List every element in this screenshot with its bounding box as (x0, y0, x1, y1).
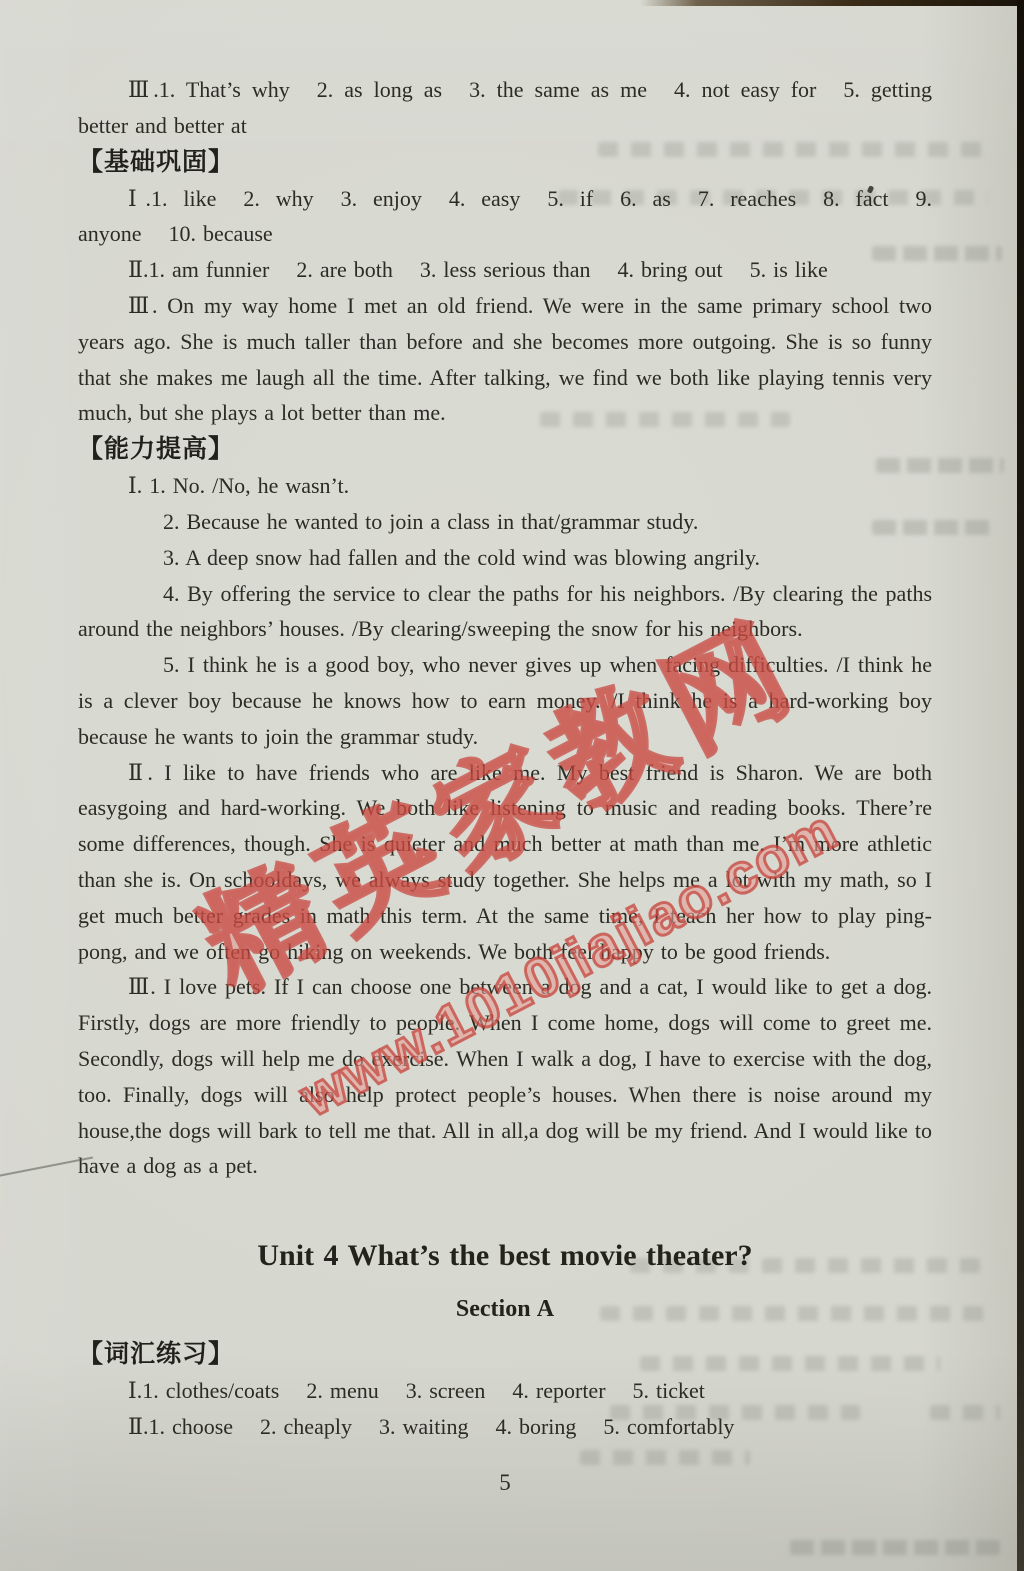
section-title: Section A (78, 1292, 932, 1326)
answer-item: 4. reporter (512, 1378, 605, 1403)
answer-i-q1: Ⅰ. 1. No. /No, he wasn’t. (78, 468, 932, 504)
answer-i-q4: 4. By offering the service to clear the … (78, 576, 932, 648)
answer-item: 2. are both (296, 257, 392, 282)
unit-title: Unit 4 What’s the best movie theater? (78, 1236, 932, 1276)
answers-vocab-i: Ⅰ.1. clothes/coats2. menu3. screen4. rep… (78, 1373, 932, 1409)
answers-iii-passage: Ⅲ. On my way home I met an old friend. W… (78, 288, 932, 431)
bleed-through-text (930, 1405, 1000, 1420)
answer-item: 6. as (620, 186, 671, 211)
answer-item: 4. easy (449, 186, 520, 211)
answer-item: 2. why (243, 186, 313, 211)
answer-item: Ⅱ.1. am funnier (128, 257, 269, 282)
answers-ii-phrases: Ⅱ.1. am funnier2. are both3. less seriou… (78, 252, 932, 288)
answers-vocab-ii: Ⅱ.1. choose2. cheaply3. waiting4. boring… (78, 1409, 932, 1445)
answer-item: 3. the same as me (469, 77, 647, 102)
answer-i-q3: 3. A deep snow had fallen and the cold w… (78, 540, 932, 576)
answer-item: 3. less serious than (420, 257, 591, 282)
answer-item: Ⅲ.1. That’s why (128, 77, 290, 102)
answer-item: 7. reaches (698, 186, 796, 211)
answer-item: 5. if (547, 186, 593, 211)
answer-item: 3. screen (406, 1378, 486, 1403)
answer-item: Ⅱ.1. choose (128, 1414, 233, 1439)
page-content: Ⅲ.1. That’s why2. as long as3. the same … (78, 72, 932, 1445)
answer-i-q2: 2. Because he wanted to join a class in … (78, 504, 932, 540)
answer-item: 4. not easy for (674, 77, 816, 102)
header-nenglitigao: 【能力提高】 (78, 431, 932, 468)
answer-item: 3. enjoy (341, 186, 422, 211)
answers-iii-phrases: Ⅲ.1. That’s why2. as long as3. the same … (78, 72, 932, 144)
answer-item: Ⅰ.1. clothes/coats (128, 1378, 279, 1403)
answers-iii-essay: Ⅲ. I love pets. If I can choose one betw… (78, 969, 932, 1184)
answers-ii-passage: Ⅱ. I like to have friends who are like m… (78, 755, 932, 970)
scan-edge-right (1017, 0, 1024, 1571)
answer-item: 5. ticket (633, 1378, 705, 1403)
answer-item: 2. menu (306, 1378, 378, 1403)
page-number: 5 (78, 1470, 932, 1496)
answer-item: 5. comfortably (603, 1414, 734, 1439)
answer-item: 2. as long as (317, 77, 442, 102)
answer-i-q5: 5. I think he is a good boy, who never g… (78, 647, 932, 754)
header-cihuilianxi: 【词汇练习】 (78, 1336, 932, 1373)
scan-edge-top (640, 0, 1024, 6)
answer-item: 10. because (169, 221, 273, 246)
answer-item: 8. fact (823, 186, 888, 211)
bleed-through-text (790, 1540, 1000, 1555)
scanned-page: Ⅲ.1. That’s why2. as long as3. the same … (0, 0, 1024, 1571)
bleed-through-text (580, 1450, 750, 1465)
answer-item: 3. waiting (379, 1414, 469, 1439)
answer-item: 5. is like (750, 257, 828, 282)
answer-item: 4. boring (495, 1414, 576, 1439)
answers-i-words: Ⅰ.1. like2. why3. enjoy4. easy5. if6. as… (78, 181, 932, 253)
answer-item: Ⅰ.1. like (128, 186, 216, 211)
answer-item: 4. bring out (618, 257, 723, 282)
answer-item: 2. cheaply (260, 1414, 352, 1439)
header-jichugonggu: 【基础巩固】 (78, 144, 932, 181)
